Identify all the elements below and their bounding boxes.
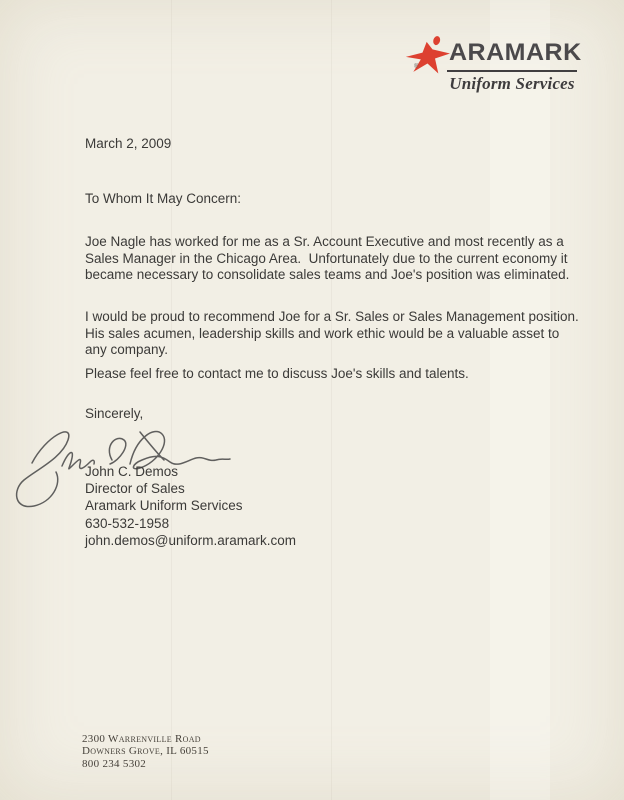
- footer-phone: 800 234 5302: [82, 758, 209, 770]
- footer-city: Downers Grove, IL 60515: [82, 745, 209, 757]
- signer-title: Director of Sales: [85, 480, 296, 497]
- aramark-star-icon: ®: [405, 33, 455, 79]
- letterhead: ® ARAMARK Uniform Services: [405, 31, 585, 95]
- brand-rule: [447, 70, 577, 72]
- brand-tagline: Uniform Services: [447, 74, 577, 94]
- body-paragraph: I would be proud to recommend Joe for a …: [85, 309, 579, 359]
- body-paragraph: Joe Nagle has worked for me as a Sr. Acc…: [85, 234, 579, 284]
- signature-block: John C. Demos Director of Sales Aramark …: [85, 463, 296, 549]
- salutation: To Whom It May Concern:: [85, 191, 241, 208]
- signer-phone: 630-532-1958: [85, 515, 296, 532]
- letter-date: March 2, 2009: [85, 136, 171, 153]
- registered-mark: ®: [414, 64, 418, 70]
- paper-crease: [331, 0, 332, 800]
- scan-light-band: [490, 0, 550, 800]
- signer-name: John C. Demos: [85, 463, 296, 480]
- paper-crease: [171, 0, 172, 800]
- footer-address: 2300 Warrenville Road Downers Grove, IL …: [82, 733, 209, 770]
- signer-company: Aramark Uniform Services: [85, 497, 296, 514]
- scanned-letter-page: ® ARAMARK Uniform Services March 2, 2009…: [0, 0, 624, 800]
- signer-email: john.demos@uniform.aramark.com: [85, 532, 296, 549]
- brand-name: ARAMARK: [449, 38, 582, 66]
- body-paragraph: Please feel free to contact me to discus…: [85, 366, 579, 383]
- footer-street: 2300 Warrenville Road: [82, 733, 209, 745]
- closing: Sincerely,: [85, 406, 143, 423]
